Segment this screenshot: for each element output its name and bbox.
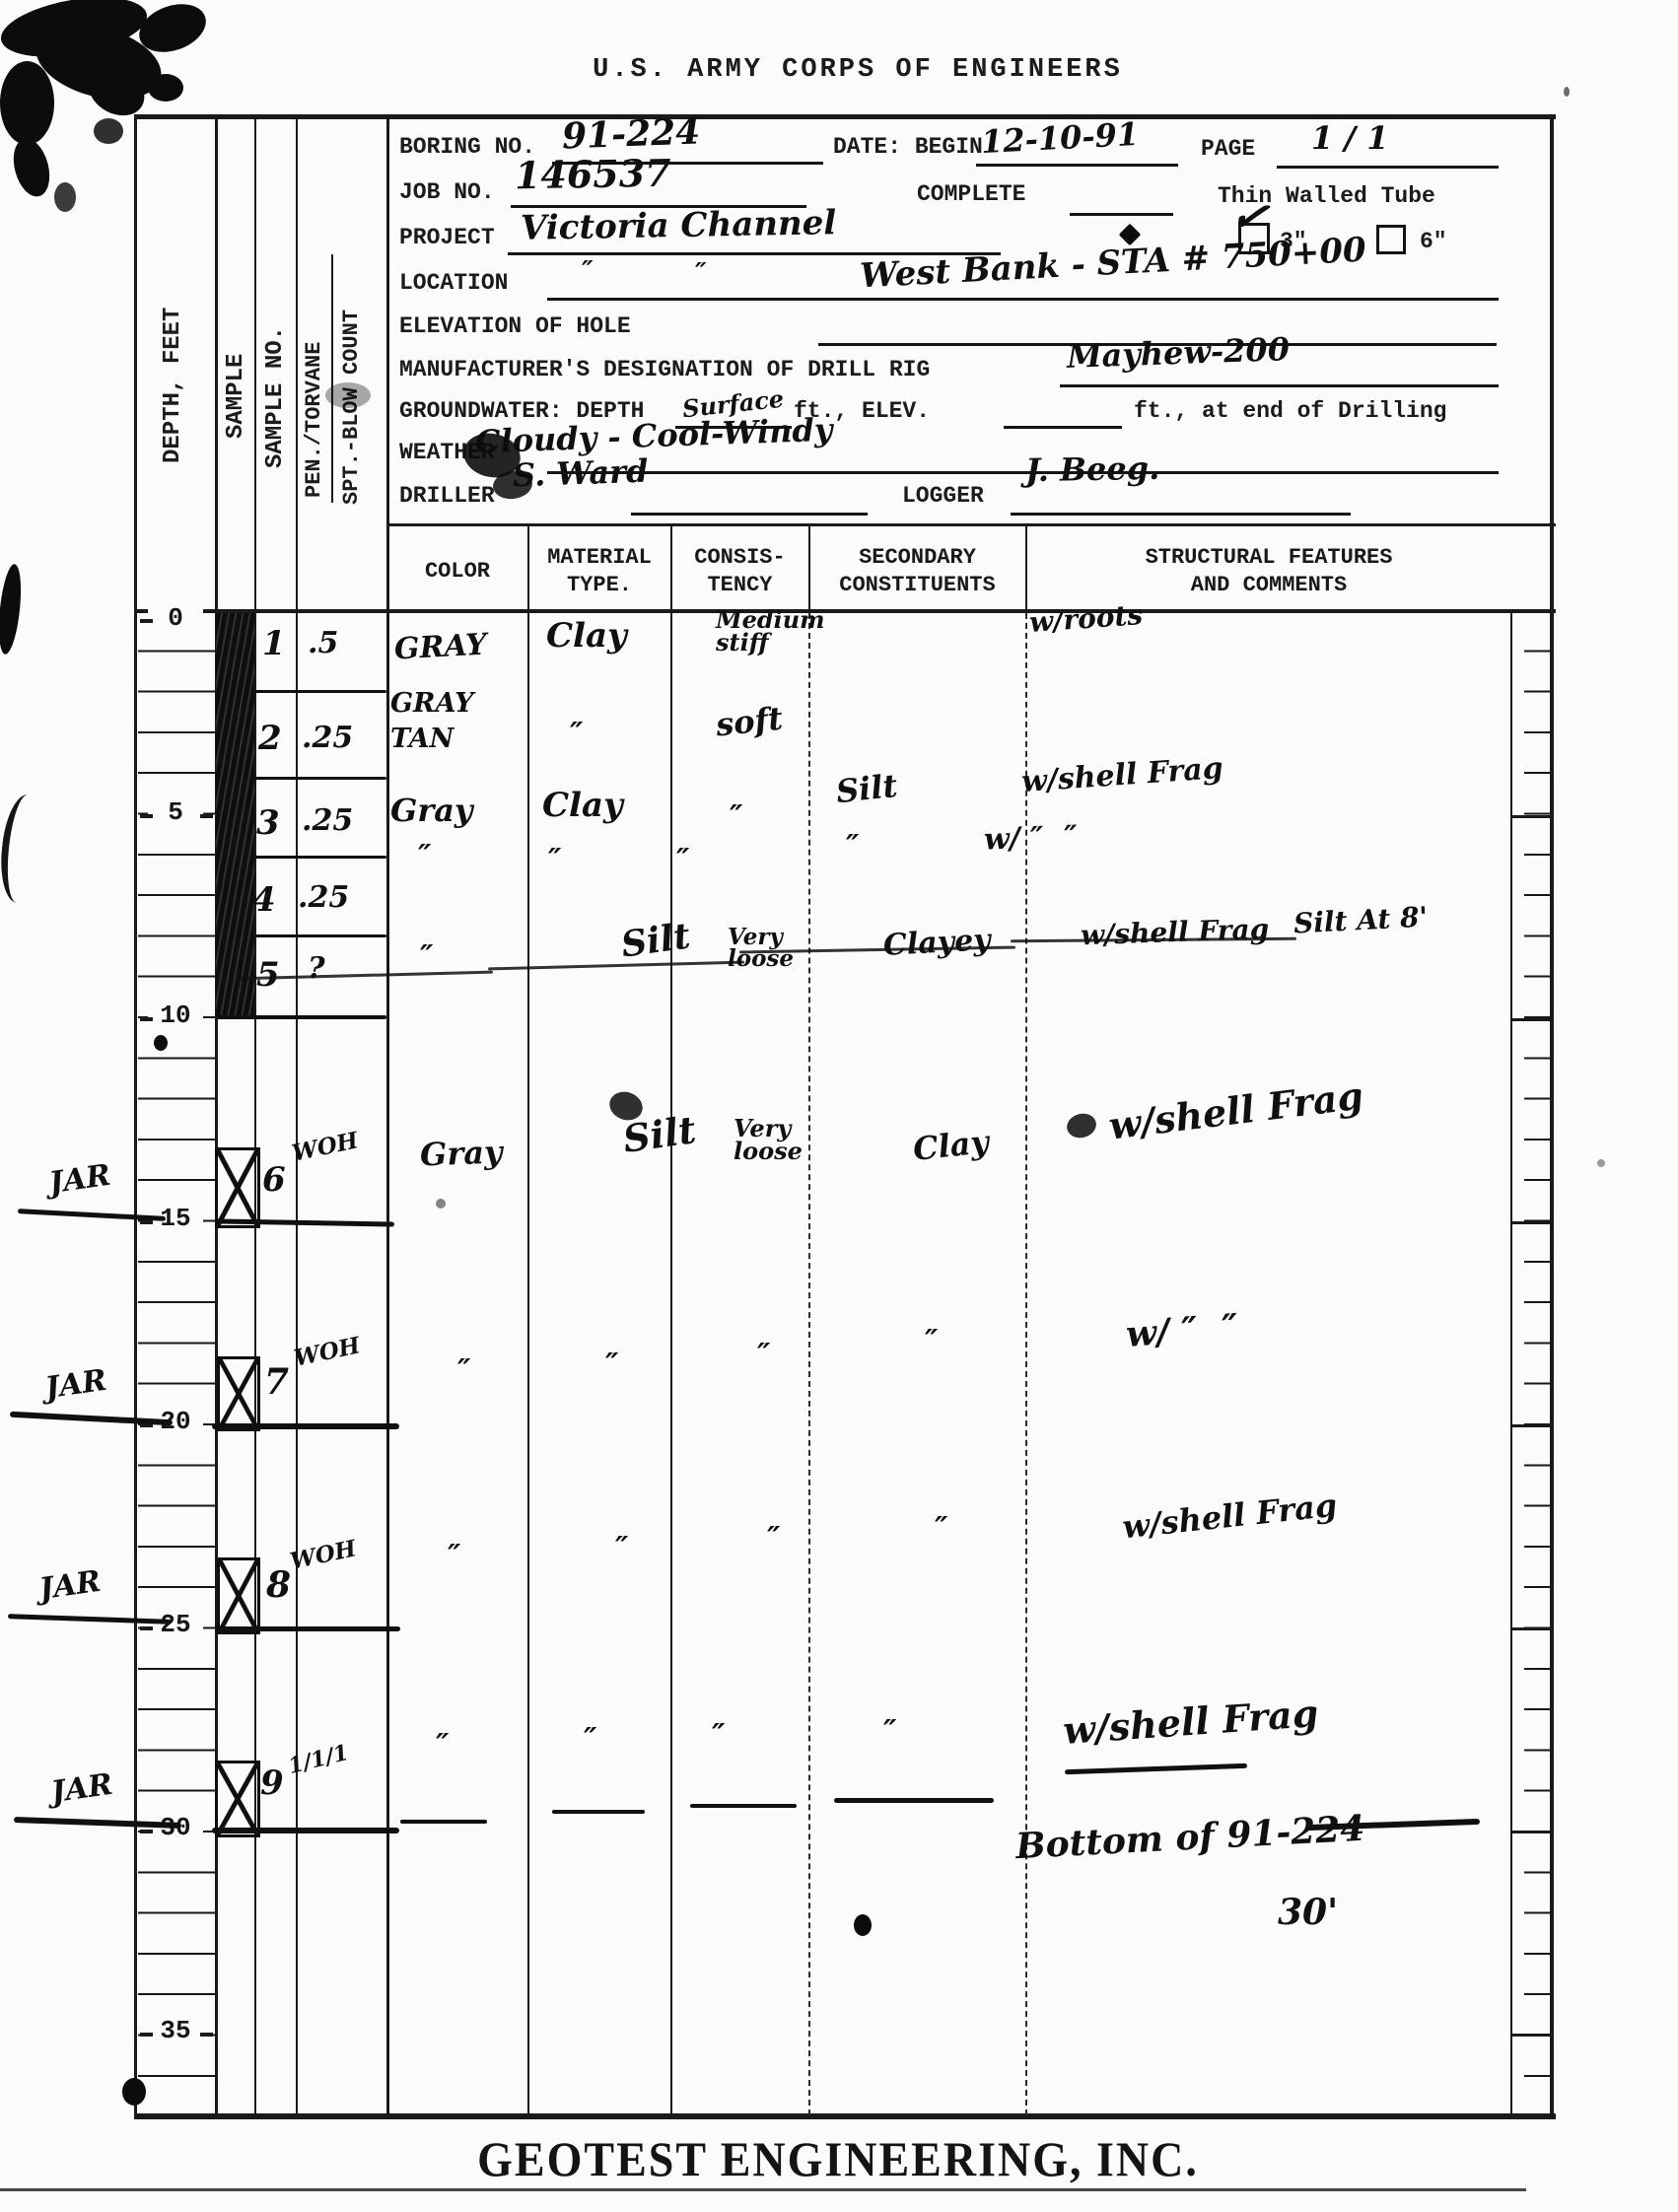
depth-label-35: 35 <box>148 2016 203 2045</box>
header-consistency: CONSIS- TENCY <box>672 544 807 598</box>
page-label: PAGE <box>1201 136 1255 162</box>
grid-line <box>1510 611 1512 2115</box>
pen-value: ? <box>308 954 325 984</box>
field-underline <box>1060 384 1499 387</box>
ink-smudge <box>1064 1111 1098 1141</box>
drill-rig-label: MANUFACTURER'S DESIGNATION OF DRILL RIG <box>399 357 930 382</box>
project-value: Victoria Channel <box>521 206 837 245</box>
jar-note: JAR <box>49 1770 114 1808</box>
ink-stain <box>0 563 25 656</box>
color-entry: ″ <box>420 942 433 972</box>
drill-rig-value: Mayhew-200 <box>1067 333 1291 373</box>
consistency-entry: ″ <box>730 802 742 832</box>
ruler-mark <box>140 814 153 818</box>
jar-note: JAR <box>43 1366 108 1404</box>
ink-stain <box>0 61 54 145</box>
material-entry: ″ <box>605 1350 618 1380</box>
comments-entry: w/ ″ ″ <box>984 822 1079 855</box>
secondary-entry: ″ <box>883 1717 896 1747</box>
sample-no: 9 <box>260 1766 284 1800</box>
sample-separator-line <box>254 777 386 780</box>
depth-label-5: 5 <box>148 797 203 827</box>
field-underline <box>1011 513 1351 516</box>
comments-entry: w/roots <box>1028 601 1144 637</box>
bottom-depth-note: 30' <box>1278 1895 1338 1930</box>
end-of-boring-line <box>552 1810 645 1814</box>
boring-no-value: 91-224 <box>561 114 700 155</box>
date-begin-label: DATE: BEGIN <box>833 134 983 160</box>
comments-entry: w/shell Frag <box>1121 1489 1339 1544</box>
secondary-entry: ″ <box>846 832 859 862</box>
secondary-entry: Silt <box>834 770 898 807</box>
material-entry: ″ <box>584 1725 596 1755</box>
comments-entry: w/shell Frag <box>1107 1076 1365 1144</box>
material-entry: ″ <box>615 1534 628 1563</box>
driller-value: S. Ward <box>512 455 648 492</box>
jar-note: JAR <box>37 1567 103 1605</box>
material-entry: ″ <box>548 846 561 875</box>
ruler-mark <box>1510 2034 1550 2037</box>
end-of-boring-line <box>400 1820 487 1824</box>
footer-rule <box>0 2188 1526 2191</box>
location-value: West Bank - STA # 750+00 <box>859 234 1366 294</box>
pen-value: WOH <box>288 1537 358 1573</box>
field-underline <box>1277 166 1499 169</box>
consistency-entry: ″ <box>767 1524 780 1554</box>
color-entry: GRAY <box>393 631 487 665</box>
grid-line <box>296 118 298 2115</box>
color-entry: ″ <box>436 1731 449 1761</box>
consistency-entry: Medium stiff <box>716 609 825 655</box>
driller-label: DRILLER <box>399 483 495 509</box>
sample-no: 5 <box>256 958 280 992</box>
elevation-label: ELEVATION OF HOLE <box>399 313 631 339</box>
header-material-type: MATERIAL TYPE. <box>529 544 669 598</box>
grid-line <box>386 118 389 2115</box>
consistency-entry: Very loose <box>734 1118 803 1163</box>
left-depth-ruler <box>138 611 215 2113</box>
material-entry: Clay <box>542 789 623 822</box>
page-value: 1 / 1 <box>1311 122 1389 154</box>
col-label-depth-feet: DEPTH, FEET <box>160 308 186 463</box>
col-label-sample: SAMPLE <box>223 354 249 439</box>
pen-value: .25 <box>298 883 349 913</box>
comments-entry: w/shell Frag <box>1020 754 1224 797</box>
tube-6in-label: 6" <box>1420 229 1447 254</box>
ruler-mark <box>140 1626 153 1630</box>
ink-stain <box>54 182 76 212</box>
material-entry: Silt <box>619 918 692 962</box>
comments-entry: w/shell Frag <box>1081 916 1270 950</box>
header-color: COLOR <box>388 558 526 586</box>
sample-separator-line <box>254 934 386 937</box>
sample-bottom-line <box>212 1423 399 1429</box>
comments-note: Silt At 8' <box>1293 903 1428 937</box>
logger-label: LOGGER <box>902 483 984 509</box>
sample-no: 3 <box>256 806 280 840</box>
pen-value: .5 <box>308 629 338 658</box>
sample-no: 4 <box>252 883 276 917</box>
ink-stain <box>148 74 183 102</box>
color-entry: ″ <box>418 842 431 871</box>
pen-value: WOH <box>292 1334 362 1370</box>
sample-separator-line <box>215 1015 386 1019</box>
color-entry: ″ <box>457 1356 470 1386</box>
stratum-boundary-line <box>488 961 744 971</box>
field-underline <box>547 298 1499 301</box>
header-structural-features: STRUCTURAL FEATURES AND COMMENTS <box>1027 544 1510 598</box>
grid-line <box>808 613 810 2115</box>
ruler-mark <box>200 814 213 818</box>
consistency-entry: ″ <box>757 1341 770 1370</box>
ink-dot <box>1564 87 1570 97</box>
comments-entry: w/shell Frag <box>1062 1694 1319 1750</box>
pen-label-underline <box>331 254 333 503</box>
pen-value: .25 <box>302 806 353 836</box>
ink-dot <box>854 1914 872 1936</box>
grid-line <box>386 523 1556 526</box>
job-no-label: JOB NO. <box>399 179 495 205</box>
ink-stain <box>94 118 123 144</box>
ruler-mark <box>1510 1018 1550 1021</box>
sample-bottom-line <box>212 1828 399 1833</box>
pen-stroke-mark <box>0 793 48 905</box>
grid-line <box>670 525 672 2115</box>
depth-label-25: 25 <box>148 1610 203 1639</box>
grid-line <box>134 114 137 2119</box>
sample-separator-line <box>254 690 386 693</box>
color-entry: GRAY TAN <box>390 686 473 758</box>
header-secondary-constituents: SECONDARY CONSTITUENTS <box>810 544 1024 598</box>
field-underline <box>547 471 1499 474</box>
ruler-mark <box>1510 815 1550 818</box>
ruler-mark <box>140 1220 153 1224</box>
consistency-entry: ″ <box>712 1721 725 1751</box>
ruler-mark <box>140 2033 153 2037</box>
comments-entry: w/ ″ ″ <box>1125 1309 1239 1352</box>
ink-dot <box>122 2078 146 2106</box>
company-name: GEOTEST ENGINEERING, INC. <box>414 2131 1262 2187</box>
sample-no: 1 <box>262 627 286 660</box>
comments-underline <box>1065 1763 1247 1774</box>
color-entry: Gray <box>390 795 473 826</box>
end-of-boring-line <box>834 1798 994 1803</box>
sample-no: 8 <box>266 1567 291 1603</box>
pen-value: .25 <box>302 724 353 753</box>
date-begin-value: 12-10-91 <box>980 118 1140 158</box>
secondary-entry: Clayey <box>882 926 991 961</box>
location-ditto-mark: ″ <box>695 260 707 286</box>
right-depth-ruler <box>1524 611 1550 2113</box>
grid-line <box>1550 114 1554 2119</box>
ruler-mark <box>140 619 153 623</box>
grid-line <box>527 525 529 2115</box>
ruler-mark <box>1510 1627 1550 1630</box>
ink-dot <box>154 1035 168 1051</box>
sample-bottom-line <box>215 1626 400 1631</box>
sample-separator-line <box>254 856 386 859</box>
col-label-pen-torvane: PEN./TORVANE <box>302 342 326 498</box>
field-underline <box>1070 213 1173 216</box>
sample-no: 2 <box>258 722 282 755</box>
material-entry: Clay <box>546 619 627 653</box>
boring-log-page: U.S. ARMY CORPS OF ENGINEERS DEPTH, FEET… <box>0 0 1678 2212</box>
groundwater-end-label: ft., at end of Drilling <box>1134 398 1446 424</box>
material-entry: ″ <box>570 720 583 749</box>
ruler-mark <box>1510 1221 1550 1224</box>
job-no-value: 146537 <box>515 155 671 195</box>
consistency-entry: soft <box>715 703 785 741</box>
ink-stain <box>8 135 55 201</box>
sample-9-tube-symbol <box>215 1761 260 1837</box>
depth-label-0: 0 <box>148 603 203 633</box>
complete-label: COMPLETE <box>917 181 1025 207</box>
sample-6-tube-symbol <box>215 1147 260 1228</box>
sample-interval-hatch-bar <box>216 613 254 1017</box>
tube-6in-checkbox[interactable] <box>1376 225 1406 254</box>
sample-8-tube-symbol <box>217 1557 260 1634</box>
field-underline <box>1004 426 1122 429</box>
ruler-mark <box>200 2033 213 2037</box>
ink-dot <box>436 1199 446 1209</box>
sample-no: 7 <box>264 1364 289 1400</box>
location-ditto-mark: ″ <box>582 258 594 284</box>
color-entry: ″ <box>448 1542 460 1571</box>
project-label: PROJECT <box>399 225 495 250</box>
ruler-mark <box>1510 1831 1550 1833</box>
secondary-entry: Clay <box>912 1126 991 1165</box>
ruler-mark <box>1510 1424 1550 1427</box>
tube-3in-checkmark: ✓ <box>1226 190 1272 242</box>
logger-value: J. Beeg. <box>1025 452 1160 486</box>
secondary-entry: ″ <box>935 1514 947 1544</box>
field-underline <box>631 513 868 516</box>
end-of-boring-line <box>690 1804 797 1808</box>
ruler-mark <box>140 1017 153 1021</box>
ruler-mark <box>140 1830 153 1833</box>
grid-line <box>136 2113 1556 2119</box>
jar-note: JAR <box>47 1161 112 1199</box>
sample-7-tube-symbol <box>217 1356 260 1431</box>
pen-value: WOH <box>290 1129 360 1165</box>
ink-dot <box>1597 1159 1605 1167</box>
page-title: U.S. ARMY CORPS OF ENGINEERS <box>513 55 1203 85</box>
sample-no: 6 <box>262 1163 286 1197</box>
color-entry: Gray <box>419 1137 503 1171</box>
consistency-entry: ″ <box>676 846 689 875</box>
secondary-entry: ″ <box>925 1327 938 1356</box>
location-label: LOCATION <box>399 270 508 296</box>
bottom-of-boring-note: Bottom of 91-224 <box>1014 1811 1365 1865</box>
field-underline <box>976 164 1178 167</box>
col-label-sample-no: SAMPLE NO. <box>262 326 289 468</box>
grid-line <box>136 609 1556 613</box>
depth-label-10: 10 <box>148 1001 203 1030</box>
ink-smudge <box>325 382 371 408</box>
